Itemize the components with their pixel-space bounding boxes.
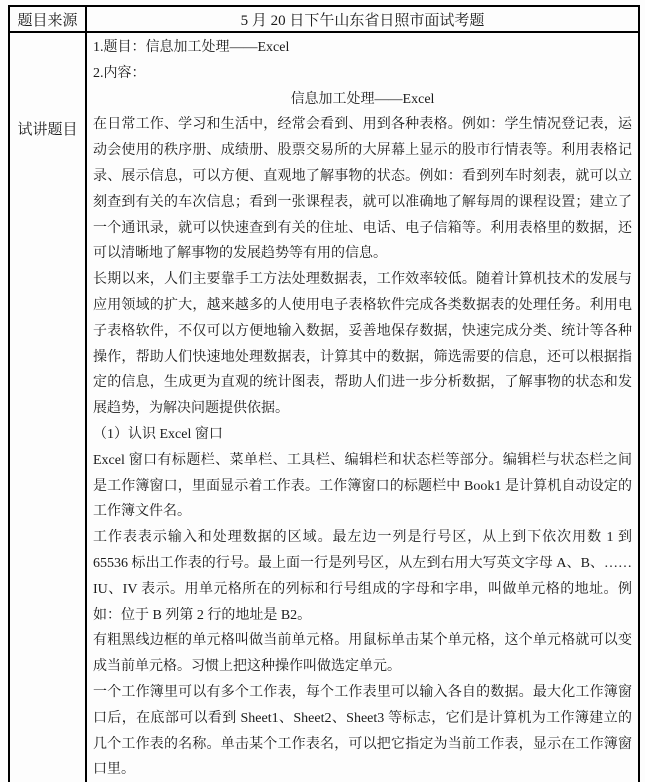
question-table: 题目来源 5 月 20 日下午山东省日照市面试考题 试讲题目 1.题目：信息加工… xyxy=(8,5,640,782)
item-title-line: 1.题目：信息加工处理——Excel xyxy=(93,35,632,61)
exam-question-document: 题目来源 5 月 20 日下午山东省日照市面试考题 试讲题目 1.题目：信息加工… xyxy=(0,0,645,782)
paragraph-spreadsheet-software: 长期以来，人们主要靠手工方法处理数据表，工作效率较低。随着计算机技术的发展与应用… xyxy=(93,267,632,422)
source-row-value: 5 月 20 日下午山东省日照市面试考题 xyxy=(86,6,639,32)
item-content-line: 2.内容： xyxy=(93,61,632,87)
section-heading-excel-window: （1）认识 Excel 窗口 xyxy=(93,422,632,448)
paragraph-workbook-sheets: 一个工作簿里可以有多个工作表，每个工作表里可以输入各自的数据。最大化工作簿窗口后… xyxy=(93,680,632,782)
paragraph-worksheet-area: 工作表表示输入和处理数据的区域。最左边一列是行号区，从上到下依次用数 1 到 6… xyxy=(93,525,632,628)
topic-content-cell: 1.题目：信息加工处理——Excel 2.内容： 信息加工处理——Excel 在… xyxy=(86,32,639,782)
paragraph-excel-window-parts: Excel 窗口有标题栏、菜单栏、工具栏、编辑栏和状态栏等部分。编辑栏与状态栏之… xyxy=(93,448,632,525)
source-row-label: 题目来源 xyxy=(9,6,86,32)
source-row: 题目来源 5 月 20 日下午山东省日照市面试考题 xyxy=(9,6,639,32)
centered-lesson-title: 信息加工处理——Excel xyxy=(93,87,632,113)
topic-row-label: 试讲题目 xyxy=(9,32,86,782)
paragraph-tables-intro: 在日常工作、学习和生活中，经常会看到、用到各种表格。例如：学生情况登记表，运动会… xyxy=(93,112,632,267)
topic-row: 试讲题目 1.题目：信息加工处理——Excel 2.内容： 信息加工处理——Ex… xyxy=(9,32,639,782)
paragraph-current-cell: 有粗黑线边框的单元格叫做当前单元格。用鼠标单击某个单元格，这个单元格就可以变成当… xyxy=(93,628,632,680)
